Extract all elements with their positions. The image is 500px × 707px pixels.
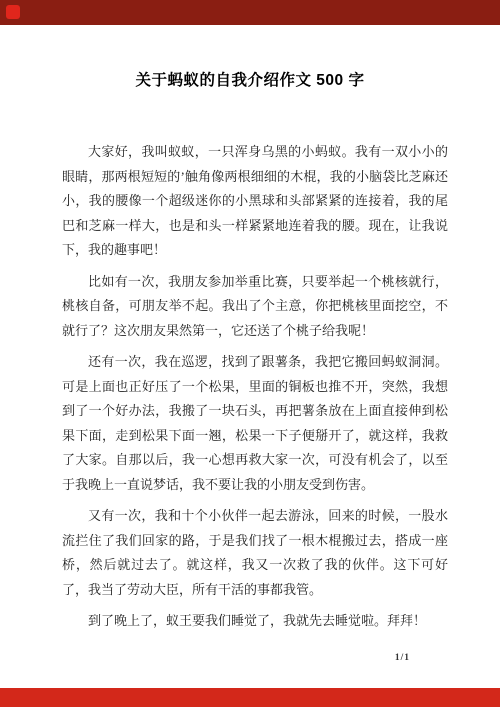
essay-paragraph: 比如有一次，我朋友参加举重比赛，只要举起一个桃核就行，桃核自备，可朋友举不起。我… [62,270,448,344]
essay-paragraph: 还有一次，我在巡逻，找到了跟薯条，我把它搬回蚂蚁洞洞。可是上面也正好压了一个松果… [62,350,448,497]
essay-line: 又有一次，我和十个小伙伴一起去游泳，回来的时候，一股水 [62,504,448,529]
essay-line: 到了晚上了，蚁王要我们睡觉了，我就先去睡觉啦。拜拜！ [62,609,448,634]
essay-line: 就行了？这次朋友果然第一，它还送了个桃子给我呢！ [62,319,448,344]
essay-line: 于我晚上一直说梦话，我不要让我的小朋友受到伤害。 [62,473,448,498]
app-bottom-bar [0,688,500,707]
essay-line: 桥，然后就过去了。就这样，我又一次救了我的伙伴。这下可好 [62,553,448,578]
essay-line: 了大家。自那以后，我一心想再救大家一次，可没有机会了，以至 [62,448,448,473]
app-top-bar [0,0,500,25]
essay-line: 到了一个好办法，我搬了一块石头，再把薯条放在上面直接伸到松 [62,399,448,424]
essay-line: 大家好，我叫蚁蚁，一只浑身乌黑的小蚂蚁。我有一双小小的 [62,140,448,165]
essay-line: 流拦住了我们回家的路，于是我们找了一根木棍搬过去，搭成一座 [62,529,448,554]
essay-line: 桃核自备，可朋友举不起。我出了个主意，你把桃核里面挖空，不 [62,294,448,319]
essay-body: 大家好，我叫蚁蚁，一只浑身乌黑的小蚂蚁。我有一双小小的眼睛，那两根短短的’触角像… [62,140,448,641]
essay-paragraph: 到了晚上了，蚁王要我们睡觉了，我就先去睡觉啦。拜拜！ [62,609,448,634]
essay-line: 下，我的趣事吧！ [62,238,448,263]
essay-line: 眼睛，那两根短短的’触角像两根细细的木棍，我的小脑袋比芝麻还 [62,165,448,190]
essay-line: 巴和芝麻一样大，也是和头一样紧紧地连着我的腰。现在，让我说 [62,214,448,239]
document-title: 关于蚂蚁的自我介绍作文 500 字 [0,68,500,90]
essay-line: 还有一次，我在巡逻，找到了跟薯条，我把它搬回蚂蚁洞洞。 [62,350,448,375]
essay-line: 比如有一次，我朋友参加举重比赛，只要举起一个桃核就行， [62,270,448,295]
essay-line: 果下面，走到松果下面一翘，松果一下子便掰开了，就这样，我救 [62,424,448,449]
essay-line: 可是上面也正好压了一个松果，里面的铜板也推不开，突然，我想 [62,375,448,400]
document-page: 关于蚂蚁的自我介绍作文 500 字 大家好，我叫蚁蚁，一只浑身乌黑的小蚂蚁。我有… [0,0,500,707]
essay-line: 了，我当了劳动大臣，所有干活的事都我管。 [62,578,448,603]
page-number-indicator: 1/1 [0,653,410,663]
essay-line: 小，我的腰像一个超级迷你的小黑球和头部紧紧的连接着，我的尾 [62,189,448,214]
essay-paragraph: 大家好，我叫蚁蚁，一只浑身乌黑的小蚂蚁。我有一双小小的眼睛，那两根短短的’触角像… [62,140,448,263]
app-logo-icon[interactable] [6,5,20,19]
essay-paragraph: 又有一次，我和十个小伙伴一起去游泳，回来的时候，一股水流拦住了我们回家的路，于是… [62,504,448,602]
